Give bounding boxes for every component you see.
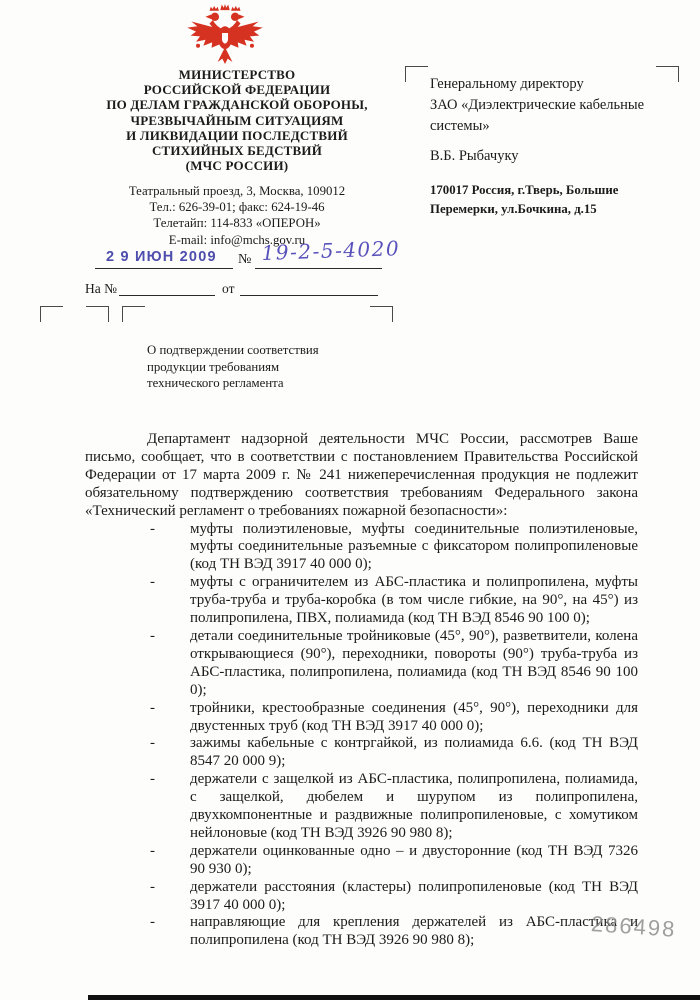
list-item: -держатели оцинкованные одно – и двустор… bbox=[85, 843, 638, 879]
list-dash: - bbox=[150, 771, 155, 789]
date-underline bbox=[95, 268, 233, 269]
number-sign: № bbox=[238, 252, 251, 268]
list-item-text: держатели оцинкованные одно – и двусторо… bbox=[190, 843, 638, 877]
list-item-text: тройники, крестообразные соединения (45°… bbox=[190, 700, 638, 734]
list-dash: - bbox=[150, 735, 155, 753]
scanned-letter-page: МИНИСТЕРСТВО РОССИЙСКОЙ ФЕДЕРАЦИИ ПО ДЕЛ… bbox=[0, 0, 700, 1000]
recipient-block: Генеральному директору ЗАО «Диэлектричес… bbox=[430, 74, 668, 219]
incoming-from-underline bbox=[240, 295, 378, 296]
list-dash: - bbox=[150, 843, 155, 861]
ministry-line: МИНИСТЕРСТВО bbox=[38, 67, 436, 82]
letter-subject: О подтверждении соответствия продукции т… bbox=[147, 342, 347, 392]
list-dash: - bbox=[150, 521, 155, 539]
ministry-line: ЧРЕЗВЫЧАЙНЫМ СИТУАЦИЯМ bbox=[38, 113, 436, 128]
list-item: -держатели с защелкой из АБС-пластика, п… bbox=[85, 771, 638, 843]
recipient-address: 170017 Россия, г.Тверь, Большие Перемерк… bbox=[430, 181, 668, 219]
corner-mark bbox=[122, 306, 145, 322]
letter-body: Департамент надзорной деятельности МЧС Р… bbox=[85, 431, 638, 950]
incoming-from-label: от bbox=[222, 281, 234, 297]
date-stamp: 2 9 ИЮН 2009 bbox=[106, 249, 217, 265]
outgoing-number-handwritten: 19-2-5-4020 bbox=[261, 236, 400, 265]
list-item-text: держатели расстояния (кластеры) полипроп… bbox=[190, 879, 638, 913]
list-item: -муфты полиэтиленовые, муфты соединитель… bbox=[85, 521, 638, 575]
teletype-line: Телетайп: 114-833 «ОПЕРОН» bbox=[38, 215, 436, 231]
list-item: -держатели расстояния (кластеры) полипро… bbox=[85, 879, 638, 915]
corner-mark bbox=[86, 306, 109, 322]
list-item-text: направляющие для крепления держателей из… bbox=[190, 914, 638, 948]
number-underline bbox=[255, 268, 382, 269]
list-item: -тройники, крестообразные соединения (45… bbox=[85, 700, 638, 736]
scan-edge-artifact bbox=[88, 995, 700, 1000]
product-list: -муфты полиэтиленовые, муфты соединитель… bbox=[85, 521, 638, 951]
phone-fax-line: Тел.: 626-39-01; факс: 624-19-46 bbox=[38, 199, 436, 215]
recipient-position: Генеральному директору bbox=[430, 74, 668, 95]
list-item-text: муфты с ограничителем из АБС-пластика и … bbox=[190, 574, 638, 626]
corner-mark bbox=[405, 66, 428, 82]
ministry-line: СТИХИЙНЫХ БЕДСТВИЙ bbox=[38, 143, 436, 158]
postal-address-line: Театральный проезд, 3, Москва, 109012 bbox=[38, 183, 436, 199]
russia-coat-of-arms-icon bbox=[184, 4, 266, 66]
list-dash: - bbox=[150, 914, 155, 932]
list-item-text: детали соединительные тройниковые (45°, … bbox=[190, 628, 638, 698]
list-dash: - bbox=[150, 574, 155, 592]
list-item: -зажимы кабельные с контргайкой, из поли… bbox=[85, 735, 638, 771]
ministry-header: МИНИСТЕРСТВО РОССИЙСКОЙ ФЕДЕРАЦИИ ПО ДЕЛ… bbox=[38, 67, 436, 173]
list-item-text: зажимы кабельные с контргайкой, из полиа… bbox=[190, 735, 638, 769]
corner-mark bbox=[40, 306, 63, 322]
ministry-line: РОССИЙСКОЙ ФЕДЕРАЦИИ bbox=[38, 82, 436, 97]
list-dash: - bbox=[150, 628, 155, 646]
list-dash: - bbox=[150, 700, 155, 718]
ministry-line: И ЛИКВИДАЦИИ ПОСЛЕДСТВИЙ bbox=[38, 128, 436, 143]
ministry-line: (МЧС РОССИИ) bbox=[38, 158, 436, 173]
list-item: -детали соединительные тройниковые (45°,… bbox=[85, 628, 638, 700]
ministry-line: ПО ДЕЛАМ ГРАЖДАНСКОЙ ОБОРОНЫ, bbox=[38, 97, 436, 112]
corner-mark bbox=[370, 306, 393, 322]
list-item-text: муфты полиэтиленовые, муфты соединительн… bbox=[190, 521, 638, 573]
incoming-number-label: На № bbox=[85, 281, 117, 297]
body-paragraph: Департамент надзорной деятельности МЧС Р… bbox=[85, 431, 638, 521]
list-item: -направляющие для крепления держателей и… bbox=[85, 914, 638, 950]
recipient-organization: ЗАО «Диэлектрические кабельные системы» bbox=[430, 95, 668, 137]
list-item: -муфты с ограничителем из АБС-пластика и… bbox=[85, 574, 638, 628]
list-dash: - bbox=[150, 879, 155, 897]
recipient-name: В.Б. Рыбачуку bbox=[430, 146, 668, 167]
incoming-number-underline bbox=[119, 295, 215, 296]
list-item-text: держатели с защелкой из АБС-пластика, по… bbox=[190, 771, 638, 841]
